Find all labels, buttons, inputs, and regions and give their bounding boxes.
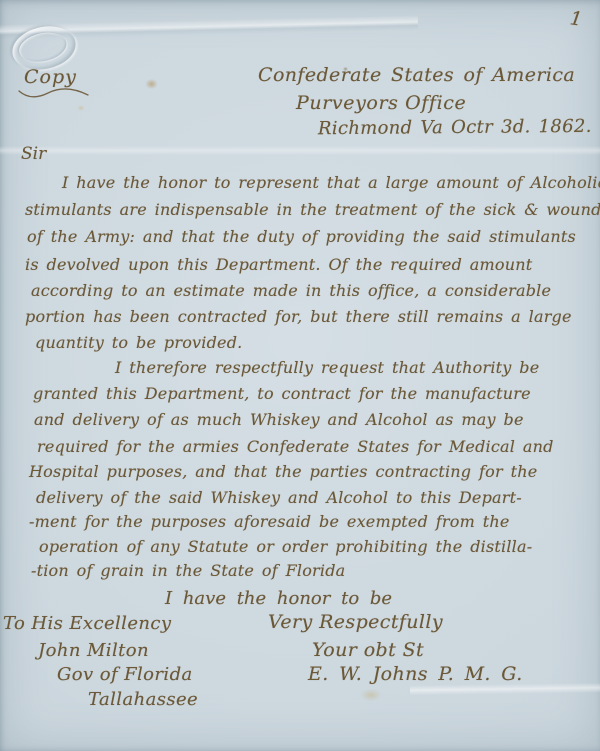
salutation: Sir bbox=[21, 144, 46, 164]
addressee-line: To His Excellency bbox=[3, 613, 171, 634]
letter-line: -ment for the purposes aforesaid be exem… bbox=[29, 512, 510, 531]
paper-stain bbox=[76, 104, 86, 112]
letter-line: operation of any Statute or order prohib… bbox=[39, 537, 532, 556]
letter-line: granted this Department, to contract for… bbox=[33, 384, 531, 403]
letter-line: delivery of the said Whiskey and Alcohol… bbox=[36, 488, 522, 507]
letterhead-dateline: Richmond Va Octr 3d. 1862. bbox=[318, 116, 592, 139]
letter-line: is devolved upon this Department. Of the… bbox=[25, 255, 532, 274]
addressee-line: John Milton bbox=[38, 640, 149, 661]
letter-line: I therefore respectfully request that Au… bbox=[115, 358, 539, 377]
letter-scan-page: 1 Copy Confederate States of America Pur… bbox=[0, 0, 600, 751]
paper-stain bbox=[143, 77, 160, 91]
letterhead-org: Confederate States of America bbox=[258, 64, 575, 86]
letter-line: quantity to be provided. bbox=[35, 333, 242, 352]
signature-line: E. W. Johns P. M. G. bbox=[308, 663, 523, 685]
copy-underline-flourish bbox=[16, 86, 92, 102]
page-number: 1 bbox=[569, 7, 584, 30]
letterhead-office: Purveyors Office bbox=[296, 92, 466, 114]
paper-stain bbox=[356, 686, 386, 704]
paper-crease bbox=[0, 146, 600, 155]
addressee-line: Gov of Florida bbox=[57, 664, 193, 685]
embossed-seal-ring bbox=[16, 29, 69, 66]
letter-line: required for the armies Confederate Stat… bbox=[37, 437, 554, 456]
letter-line: stimulants are indispensable in the trea… bbox=[25, 200, 600, 219]
letter-line: according to an estimate made in this of… bbox=[31, 281, 551, 300]
letter-line: of the Army: and that the duty of provid… bbox=[27, 227, 576, 246]
letter-line: and delivery of as much Whiskey and Alco… bbox=[34, 410, 524, 429]
letter-line: Hospital purposes, and that the parties … bbox=[29, 462, 537, 481]
signature-line: Your obt St bbox=[312, 639, 424, 661]
letter-line: portion has been contracted for, but the… bbox=[25, 307, 572, 326]
copy-label: Copy bbox=[24, 66, 77, 88]
addressee-line: Tallahassee bbox=[88, 689, 198, 710]
letter-line: -tion of grain in the State of Florida bbox=[31, 561, 345, 580]
closing-line: I have the honor to be bbox=[165, 588, 392, 609]
letter-line: I have the honor to represent that a lar… bbox=[62, 173, 600, 192]
signature-line: Very Respectfully bbox=[268, 611, 443, 633]
